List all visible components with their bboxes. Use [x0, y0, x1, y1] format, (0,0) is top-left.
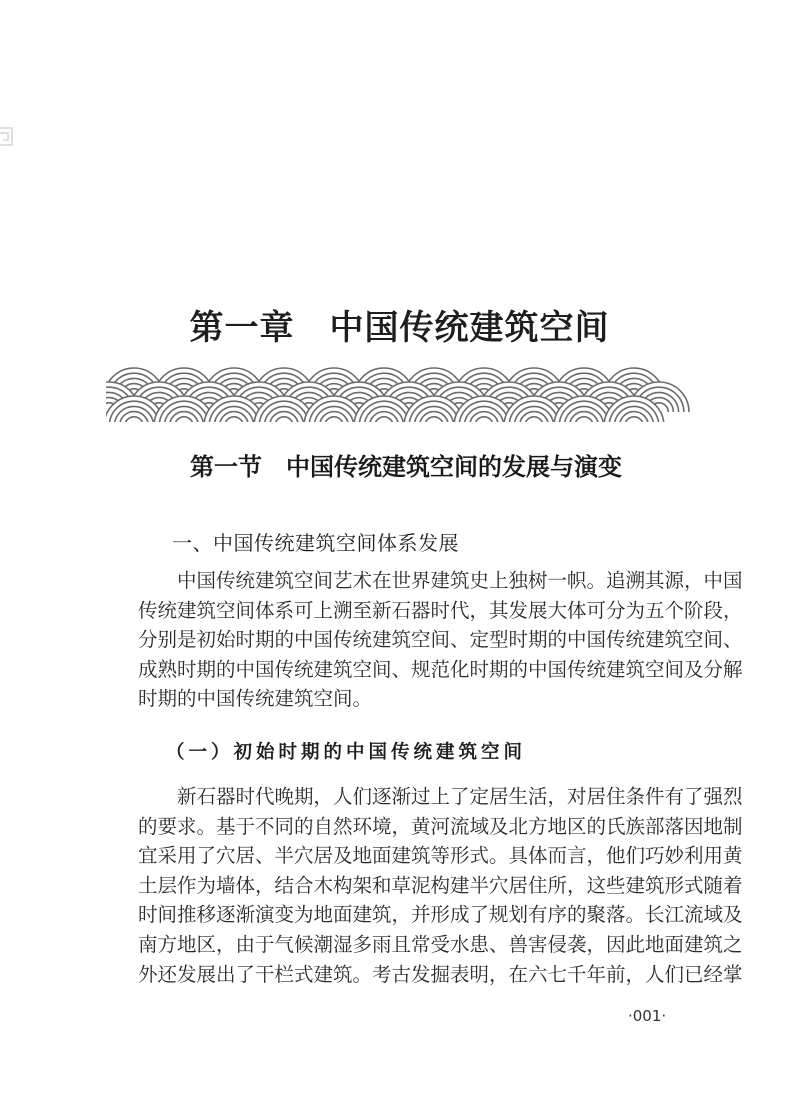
paragraph-line: 土层作为墙体，结合木构架和草泥构建半穴居住所，这些建筑形式随着 [138, 871, 662, 901]
paragraph-line: 传统建筑空间体系可上溯至新石器时代，其发展大体可分为五个阶段， [138, 596, 662, 626]
paragraph-1: 中国传统建筑空间艺术在世界建筑史上独树一帜。追溯其源，中国 传统建筑空间体系可上… [138, 566, 662, 714]
chapter-title: 第一章 中国传统建筑空间 [0, 300, 799, 349]
paragraph-line: 宜采用了穴居、半穴居及地面建筑等形式。具体而言，他们巧妙利用黄 [138, 841, 662, 871]
paragraph-line: 中国传统建筑空间艺术在世界建筑史上独树一帜。追溯其源，中国 [138, 566, 662, 596]
paragraph-line: 南方地区，由于气候潮湿多雨且常受水患、兽害侵袭，因此地面建筑之 [138, 930, 662, 960]
paragraph-line: 成熟时期的中国传统建筑空间、规范化时期的中国传统建筑空间及分解 [138, 655, 662, 685]
subsection-heading-2: （一）初始时期的中国传统建筑空间 [166, 738, 526, 764]
paragraph-line: 分别是初始时期的中国传统建筑空间、定型时期的中国传统建筑空间、 [138, 625, 662, 655]
paragraph-line: 时期的中国传统建筑空间。 [138, 684, 662, 714]
page-edge-mark-icon [0, 125, 14, 149]
paragraph-2: 新石器时代晚期，人们逐渐过上了定居生活，对居住条件有了强烈 的要求。基于不同的自… [138, 782, 662, 989]
seigaiha-wave-ornament-icon [106, 364, 716, 422]
subsection-heading-1: 一、中国传统建筑空间体系发展 [172, 527, 459, 556]
section-title: 第一节 中国传统建筑空间的发展与演变 [0, 447, 799, 482]
paragraph-line: 时间推移逐渐演变为地面建筑，并形成了规划有序的聚落。长江流域及 [138, 900, 662, 930]
paragraph-line: 外还发展出了干栏式建筑。考古发掘表明，在六七千年前，人们已经掌 [138, 960, 662, 990]
page-number: ·001· [628, 1007, 666, 1025]
paragraph-line: 的要求。基于不同的自然环境，黄河流域及北方地区的氏族部落因地制 [138, 812, 662, 842]
paragraph-line: 新石器时代晚期，人们逐渐过上了定居生活，对居住条件有了强烈 [138, 782, 662, 812]
